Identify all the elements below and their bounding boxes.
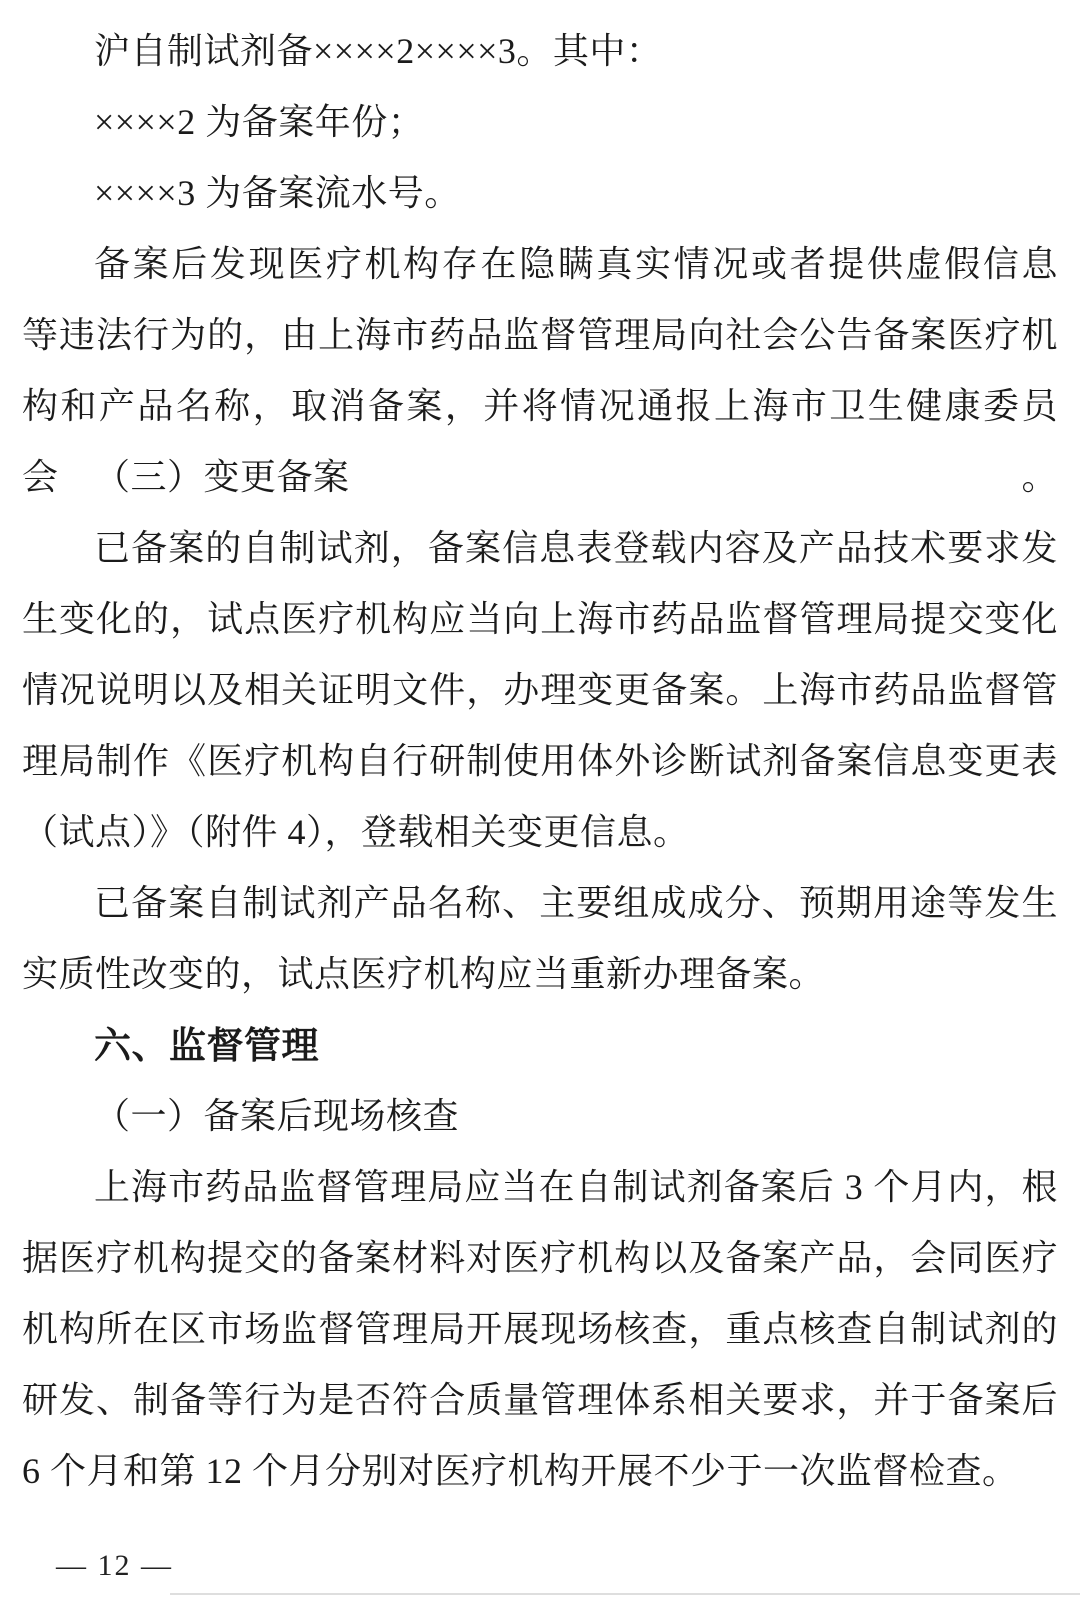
filing-serial-note-line: ××××3 为备案流水号。 xyxy=(22,158,1058,229)
false-info-revocation-line-3: 构和产品名称，取消备案，并将情况通报上海市卫生健康委员会。 xyxy=(22,371,1058,442)
change-filing-line-4: 理局制作《医疗机构自行研制使用体外诊断试剂备案信息变更表 xyxy=(22,726,1058,797)
filing-year-note-line: ××××2 为备案年份； xyxy=(22,87,1058,158)
scanned-document-page: 沪自制试剂备××××2××××3。其中： ××××2 为备案年份； ××××3 … xyxy=(0,0,1080,1597)
change-filing-line-2: 生变化的，试点医疗机构应当向上海市药品监督管理局提交变化 xyxy=(22,584,1058,655)
scan-edge-artifact xyxy=(170,1593,1080,1595)
onsite-verification-line-4: 研发、制备等行为是否符合质量管理体系相关要求，并于备案后 xyxy=(22,1365,1058,1436)
false-info-revocation-line-1: 备案后发现医疗机构存在隐瞒真实情况或者提供虚假信息 xyxy=(22,229,1058,300)
false-info-revocation-line-2: 等违法行为的，由上海市药品监督管理局向社会公告备案医疗机 xyxy=(22,300,1058,371)
heading-post-filing-onsite-verification: （一）备案后现场核查 xyxy=(22,1081,1058,1152)
change-filing-line-1: 已备案的自制试剂，备案信息表登载内容及产品技术要求发 xyxy=(22,513,1058,584)
onsite-verification-line-2: 据医疗机构提交的备案材料对医疗机构以及备案产品，会同医疗 xyxy=(22,1223,1058,1294)
onsite-verification-line-3: 机构所在区市场监督管理局开展现场核查，重点核查自制试剂的 xyxy=(22,1294,1058,1365)
page-number: — 12 — xyxy=(56,1545,173,1587)
heading-supervision-management: 六、监督管理 xyxy=(22,1010,1058,1081)
filing-number-format-line: 沪自制试剂备××××2××××3。其中： xyxy=(22,16,1058,87)
change-filing-line-5: （试点）》（附件 4），登载相关变更信息。 xyxy=(22,797,1058,868)
refiling-line-2: 实质性改变的，试点医疗机构应当重新办理备案。 xyxy=(22,939,1058,1010)
onsite-verification-line-1: 上海市药品监督管理局应当在自制试剂备案后 3 个月内，根 xyxy=(22,1152,1058,1223)
onsite-verification-line-5: 6 个月和第 12 个月分别对医疗机构开展不少于一次监督检查。 xyxy=(22,1436,1058,1507)
refiling-line-1: 已备案自制试剂产品名称、主要组成成分、预期用途等发生 xyxy=(22,868,1058,939)
document-body: 沪自制试剂备××××2××××3。其中： ××××2 为备案年份； ××××3 … xyxy=(22,16,1058,1507)
change-filing-line-3: 情况说明以及相关证明文件，办理变更备案。上海市药品监督管 xyxy=(22,655,1058,726)
